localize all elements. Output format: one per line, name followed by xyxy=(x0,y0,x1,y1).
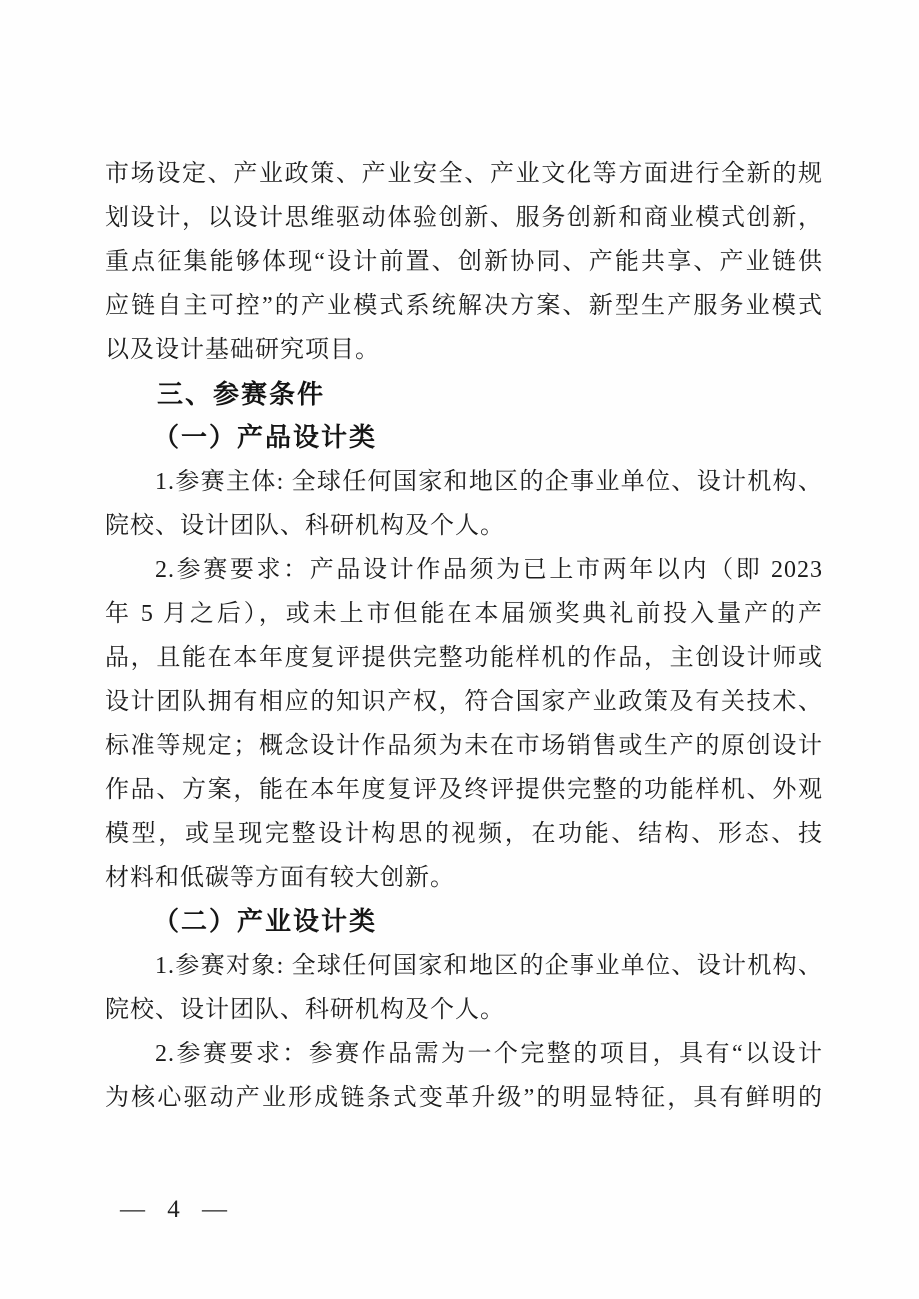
document-page: 市场设定、产业政策、产业安全、产业文化等方面进行全新的规划设计，以设计思维驱动体… xyxy=(0,0,919,1299)
text-line: 划设计，以设计思维驱动体验创新、服务创新和商业模式创新， xyxy=(105,196,823,240)
text-line: 2.参赛要求：产品设计作品须为已上市两年以内（即 2023 xyxy=(105,548,823,592)
text-line: 2.参赛要求：参赛作品需为一个完整的项目，具有“以设计 xyxy=(105,1032,823,1076)
text-line: 设计团队拥有相应的知识产权，符合国家产业政策及有关技术、 xyxy=(105,680,823,724)
text-line: 重点征集能够体现“设计前置、创新协同、产能共享、产业链供 xyxy=(105,240,823,284)
text-line: 年 5 月之后），或未上市但能在本届颁奖典礼前投入量产的产 xyxy=(105,592,823,636)
text-line: 品，且能在本年度复评提供完整功能样机的作品，主创设计师或 xyxy=(105,636,823,680)
text-line: 1.参赛对象: 全球任何国家和地区的企事业单位、设计机构、 xyxy=(105,944,823,988)
text-line: 以及设计基础研究项目。 xyxy=(105,328,823,372)
page-content: 市场设定、产业政策、产业安全、产业文化等方面进行全新的规划设计，以设计思维驱动体… xyxy=(105,152,823,1120)
text-line: 为核心驱动产业形成链条式变革升级”的明显特征，具有鲜明的 xyxy=(105,1076,823,1120)
text-line: 院校、设计团队、科研机构及个人。 xyxy=(105,504,823,548)
text-line: 材料和低碳等方面有较大创新。 xyxy=(105,856,823,900)
text-line: 市场设定、产业政策、产业安全、产业文化等方面进行全新的规 xyxy=(105,152,823,196)
text-line: 1.参赛主体: 全球任何国家和地区的企事业单位、设计机构、 xyxy=(105,460,823,504)
text-line: 院校、设计团队、科研机构及个人。 xyxy=(105,988,823,1032)
text-line: 模型，或呈现完整设计构思的视频，在功能、结构、形态、技术、 xyxy=(105,812,823,856)
subsection-heading: （一）产品设计类 xyxy=(105,416,823,460)
text-line: 作品、方案，能在本年度复评及终评提供完整的功能样机、外观 xyxy=(105,768,823,812)
section-heading: 三、参赛条件 xyxy=(105,372,823,416)
text-line: 标准等规定；概念设计作品须为未在市场销售或生产的原创设计 xyxy=(105,724,823,768)
page-number: — 4 — xyxy=(120,1196,235,1224)
text-line: 应链自主可控”的产业模式系统解决方案、新型生产服务业模式 xyxy=(105,284,823,328)
subsection-heading: （二）产业设计类 xyxy=(105,900,823,944)
